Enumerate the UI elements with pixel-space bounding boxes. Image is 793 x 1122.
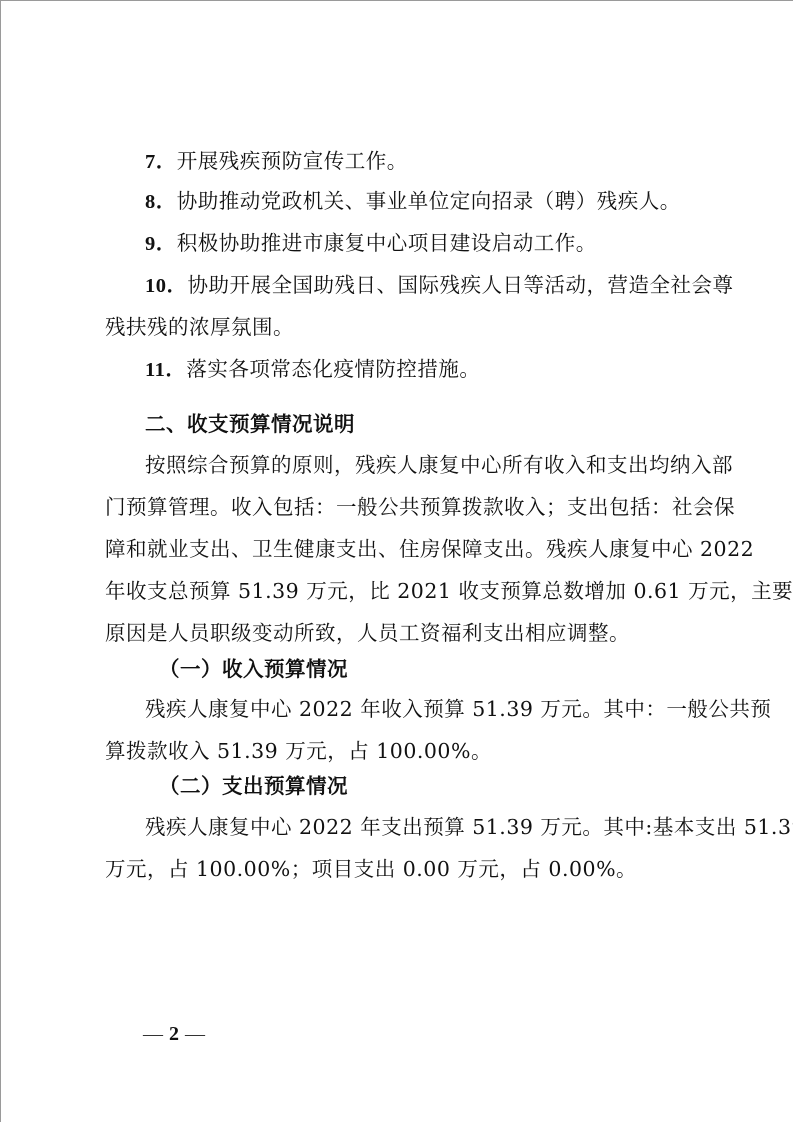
list-text: 开展残疾预防宣传工作。: [177, 149, 408, 173]
list-item-11: 11．落实各项常态化疫情防控措施。: [145, 355, 480, 384]
page-footer: —2—: [143, 1021, 205, 1047]
list-item-10-continuation: 残扶残的浓厚氛围。: [105, 313, 294, 341]
section-heading: 二、收支预算情况说明: [145, 410, 355, 438]
footer-dash-right: —: [185, 1023, 205, 1045]
list-item-9: 9．积极协助推进市康复中心项目建设启动工作。: [145, 229, 597, 258]
intro-paragraph-line-2: 门预算管理。收入包括：一般公共预算拨款收入；支出包括：社会保: [105, 493, 735, 521]
list-text: 落实各项常态化疫情防控措施。: [186, 357, 480, 381]
list-number: 10．: [145, 275, 188, 297]
list-number: 8．: [145, 191, 177, 213]
income-subsection-heading: （一）收入预算情况: [159, 655, 348, 683]
intro-paragraph-line-5: 原因是人员职级变动所致，人员工资福利支出相应调整。: [105, 619, 630, 647]
intro-paragraph-line-4: 年收支总预算 51.39 万元，比 2021 收支预算总数增加 0.61 万元，…: [105, 577, 793, 605]
expense-paragraph-line-2: 万元，占 100.00%；项目支出 0.00 万元，占 0.00%。: [105, 855, 637, 883]
list-text: 积极协助推进市康复中心项目建设启动工作。: [177, 231, 597, 255]
document-page: 7．开展残疾预防宣传工作。 8．协助推动党政机关、事业单位定向招录（聘）残疾人。…: [0, 0, 793, 1122]
list-number: 9．: [145, 233, 177, 255]
list-number: 11．: [145, 359, 186, 381]
list-text: 协助开展全国助残日、国际残疾人日等活动，营造全社会尊: [188, 273, 734, 297]
list-text: 协助推动党政机关、事业单位定向招录（聘）残疾人。: [177, 189, 681, 213]
footer-dash-left: —: [143, 1023, 163, 1045]
page-number: 2: [169, 1023, 179, 1045]
expense-paragraph-line-1: 残疾人康复中心 2022 年支出预算 51.39 万元。其中:基本支出 51.3…: [145, 813, 793, 841]
expense-subsection-heading: （二）支出预算情况: [159, 772, 348, 800]
intro-paragraph-line-1: 按照综合预算的原则，残疾人康复中心所有收入和支出均纳入部: [145, 451, 733, 479]
list-number: 7．: [145, 151, 177, 173]
list-item-7: 7．开展残疾预防宣传工作。: [145, 147, 408, 176]
income-paragraph-line-2: 算拨款收入 51.39 万元，占 100.00%。: [105, 737, 492, 765]
list-item-10: 10．协助开展全国助残日、国际残疾人日等活动，营造全社会尊: [145, 271, 734, 300]
income-paragraph-line-1: 残疾人康复中心 2022 年收入预算 51.39 万元。其中：一般公共预: [145, 695, 771, 723]
intro-paragraph-line-3: 障和就业支出、卫生健康支出、住房保障支出。残疾人康复中心 2022: [105, 535, 754, 563]
list-item-8: 8．协助推动党政机关、事业单位定向招录（聘）残疾人。: [145, 187, 681, 216]
